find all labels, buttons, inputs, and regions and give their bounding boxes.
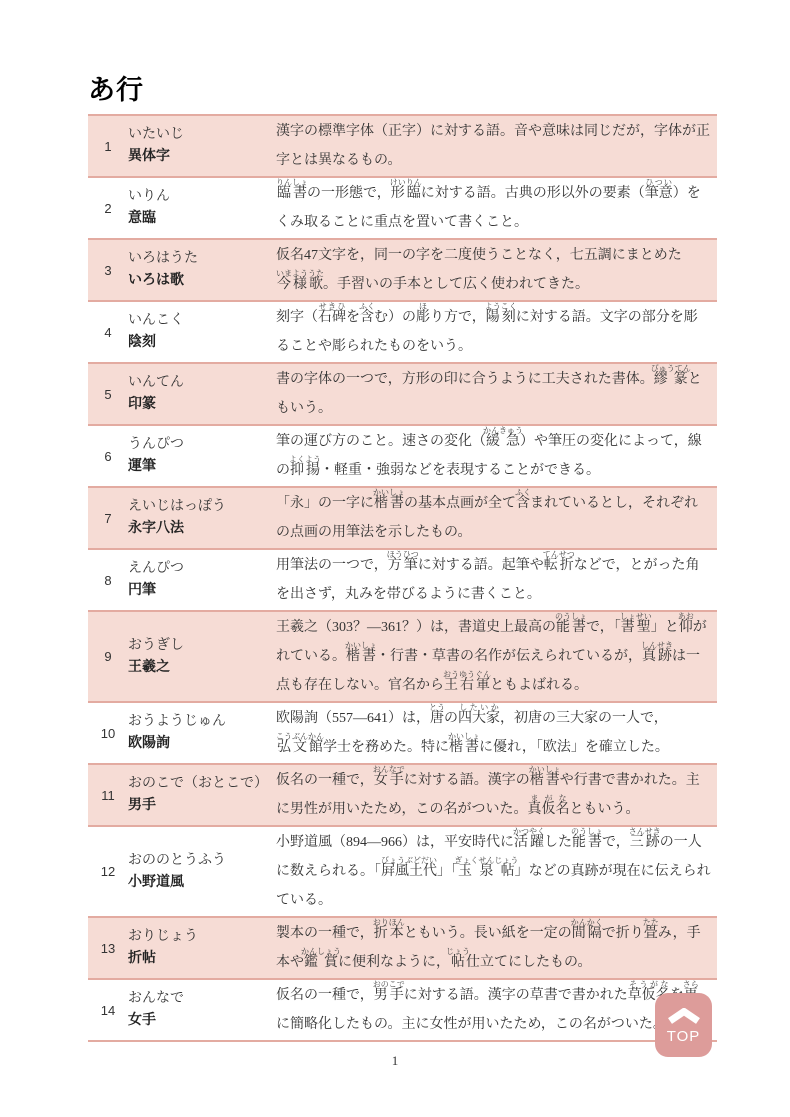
term-reading: いんてん	[128, 372, 272, 394]
glossary-table: 1いたいじ異体字漢字の標準字体（正字）に対する語。音や意味は同じだが，字体が正字…	[88, 114, 717, 1042]
term: おのこで（おとこで）男手	[128, 773, 276, 817]
glossary-row: 10おうようじゅん欧陽詢欧陽詢（557—641）は，唐とうの四大家したいか，初唐…	[88, 703, 717, 765]
term-definition: 製本の一種で，折本おりほんともいう。長い紙を一定の間隔かんかくで折り畳たたみ，手…	[276, 918, 717, 978]
term-reading: いんこく	[128, 310, 272, 332]
term-definition: 王羲之（303？—361？）は，書道史上最高の能書のうしょで，「書聖しょせい」と…	[276, 612, 717, 701]
glossary-row: 6うんぴつ運筆筆の運び方のこと。速さの変化（緩急かんきゅう）や筆圧の変化によって…	[88, 426, 717, 488]
term: おうようじゅん欧陽詢	[128, 711, 276, 755]
term-definition: 仮名47文字を，同一の字を二度使うことなく，七五調にまとめた今様いまよう歌うた。…	[276, 240, 717, 300]
term-kanji: 意臨	[128, 208, 272, 230]
term: いろはうたいろは歌	[128, 248, 276, 292]
term-reading: いたいじ	[128, 124, 272, 146]
term: えいじはっぽう永字八法	[128, 496, 276, 540]
term: うんぴつ運筆	[128, 434, 276, 478]
term-definition: 臨書りんしょの一形態で，形臨けいりんに対する語。古典の形以外の要素（筆意ひつい）…	[276, 178, 717, 238]
glossary-row: 3いろはうたいろは歌仮名47文字を，同一の字を二度使うことなく，七五調にまとめた…	[88, 240, 717, 302]
glossary-row: 2いりん意臨臨書りんしょの一形態で，形臨けいりんに対する語。古典の形以外の要素（…	[88, 178, 717, 240]
term-kanji: 陰刻	[128, 332, 272, 354]
term-definition: 仮名の一種で，男手おのこでに対する語。漢字の草書で書かれた草仮名そうがなを更さら…	[276, 980, 717, 1040]
term-kanji: 小野道風	[128, 872, 272, 894]
row-number: 12	[88, 864, 128, 879]
row-number: 6	[88, 449, 128, 464]
term-kanji: 女手	[128, 1010, 272, 1032]
term-kanji: 欧陽詢	[128, 733, 272, 755]
term-reading: おうぎし	[128, 635, 272, 657]
row-number: 14	[88, 1003, 128, 1018]
row-number: 4	[88, 325, 128, 340]
term: えんぴつ円筆	[128, 558, 276, 602]
term: おののとうふう小野道風	[128, 850, 276, 894]
row-number: 1	[88, 139, 128, 154]
term-definition: 刻字（石碑せきひを含ふくむ）の彫ほり方で，陽刻ようこくに対する語。文字の部分を彫…	[276, 302, 717, 362]
term: いたいじ異体字	[128, 124, 276, 168]
row-number: 13	[88, 941, 128, 956]
row-number: 3	[88, 263, 128, 278]
term-reading: おののとうふう	[128, 850, 272, 872]
row-number: 2	[88, 201, 128, 216]
term: おりじょう折帖	[128, 926, 276, 970]
glossary-row: 8えんぴつ円筆用筆法の一つで，方筆ほうひつに対する語。起筆や転折てんせつなどで，…	[88, 550, 717, 612]
term-reading: いりん	[128, 186, 272, 208]
term-definition: 書の字体の一つで，方形の印に合うように工夫された書体。繆篆びゅうてんともいう。	[276, 364, 717, 424]
term-definition: 筆の運び方のこと。速さの変化（緩急かんきゅう）や筆圧の変化によって，線の抑よく揚…	[276, 426, 717, 486]
term-kanji: 円筆	[128, 580, 272, 602]
term-reading: いろはうた	[128, 248, 272, 270]
term: おんなで女手	[128, 988, 276, 1032]
term-reading: えんぴつ	[128, 558, 272, 580]
term-definition: 「永」の一字に楷書かいしょの基本点画が全て含ふくまれているとし，それぞれの点画の…	[276, 488, 717, 548]
glossary-row: 9おうぎし王羲之王羲之（303？—361？）は，書道史上最高の能書のうしょで，「…	[88, 612, 717, 703]
row-number: 5	[88, 387, 128, 402]
term-definition: 小野道風（894—966）は，平安時代に活躍かつやくした能書のうしょで，三跡さん…	[276, 827, 717, 916]
glossary-row: 5いんてん印篆書の字体の一つで，方形の印に合うように工夫された書体。繆篆びゅうて…	[88, 364, 717, 426]
glossary-row: 14おんなで女手仮名の一種で，男手おのこでに対する語。漢字の草書で書かれた草仮名…	[88, 980, 717, 1042]
term-reading: えいじはっぽう	[128, 496, 272, 518]
term-kanji: 異体字	[128, 146, 272, 168]
term-kanji: 折帖	[128, 948, 272, 970]
chevron-up-icon	[666, 1008, 702, 1024]
top-button-label: TOP	[667, 1028, 701, 1045]
term-kanji: 運筆	[128, 456, 272, 478]
row-number: 9	[88, 649, 128, 664]
term-kanji: 男手	[128, 795, 272, 817]
row-number: 7	[88, 511, 128, 526]
glossary-row: 11おのこで（おとこで）男手仮名の一種で，女手おんなでに対する語。漢字の楷書かい…	[88, 765, 717, 827]
term-reading: おりじょう	[128, 926, 272, 948]
glossary-row: 13おりじょう折帖製本の一種で，折本おりほんともいう。長い紙を一定の間隔かんかく…	[88, 918, 717, 980]
term-kanji: 印篆	[128, 394, 272, 416]
term-definition: 漢字の標準字体（正字）に対する語。音や意味は同じだが，字体が正字とは異なるもの。	[276, 116, 717, 176]
glossary-row: 1いたいじ異体字漢字の標準字体（正字）に対する語。音や意味は同じだが，字体が正字…	[88, 116, 717, 178]
term-reading: おうようじゅん	[128, 711, 272, 733]
term-kanji: 永字八法	[128, 518, 272, 540]
term-kanji: 王羲之	[128, 657, 272, 679]
glossary-row: 12おののとうふう小野道風小野道風（894—966）は，平安時代に活躍かつやくし…	[88, 827, 717, 918]
glossary-row: 4いんこく陰刻刻字（石碑せきひを含ふくむ）の彫ほり方で，陽刻ようこくに対する語。…	[88, 302, 717, 364]
term-definition: 用筆法の一つで，方筆ほうひつに対する語。起筆や転折てんせつなどで，とがった角を出…	[276, 550, 717, 610]
term: いんてん印篆	[128, 372, 276, 416]
term-definition: 仮名の一種で，女手おんなでに対する語。漢字の楷書かいしょや行書で書かれた。主に男…	[276, 765, 717, 825]
term-reading: おのこで（おとこで）	[128, 773, 272, 795]
row-number: 11	[88, 788, 128, 803]
top-button[interactable]: TOP	[655, 993, 712, 1057]
glossary-row: 7えいじはっぽう永字八法「永」の一字に楷書かいしょの基本点画が全て含ふくまれてい…	[88, 488, 717, 550]
term-reading: うんぴつ	[128, 434, 272, 456]
term-reading: おんなで	[128, 988, 272, 1010]
term-definition: 欧陽詢（557—641）は，唐とうの四大家したいか，初唐の三大家の一人で，弘文館…	[276, 703, 717, 763]
row-number: 10	[88, 726, 128, 741]
row-number: 8	[88, 573, 128, 588]
term-kanji: いろは歌	[128, 270, 272, 292]
term: いんこく陰刻	[128, 310, 276, 354]
term: おうぎし王羲之	[128, 635, 276, 679]
section-title: あ行	[88, 68, 144, 107]
term: いりん意臨	[128, 186, 276, 230]
